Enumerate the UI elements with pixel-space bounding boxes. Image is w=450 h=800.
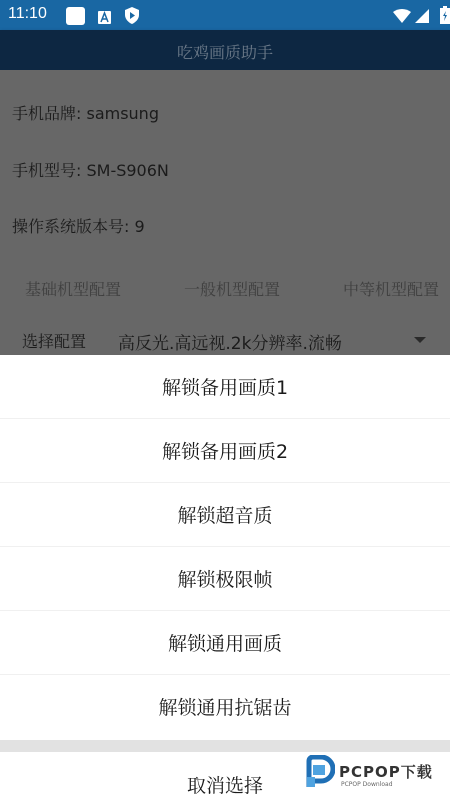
watermark-subtitle: PCPOP Download — [341, 781, 393, 788]
bottom-sheet: 解锁备用画质1 解锁备用画质2 解锁超音质 解锁极限帧 解锁通用画质 解锁通用抗… — [0, 355, 450, 800]
status-bar: 11:10 — [0, 0, 450, 30]
phone-brand-text: 手机品牌: samsung — [12, 101, 159, 124]
cellular-signal-icon — [415, 8, 429, 27]
app-a-icon — [98, 9, 111, 28]
pcpop-logo-icon — [305, 755, 335, 793]
shield-play-icon — [125, 7, 139, 28]
tab-basic-config[interactable]: 基础机型配置 — [25, 277, 121, 300]
sheet-divider — [0, 740, 450, 752]
sheet-item-unlock-backup-quality-2[interactable]: 解锁备用画质2 — [0, 419, 450, 483]
tab-medium-config[interactable]: 中等机型配置 — [343, 277, 439, 300]
sheet-item-unlock-super-audio[interactable]: 解锁超音质 — [0, 483, 450, 547]
config-select-row: 选择配置 高反光.高远视.2k分辨率.流畅 — [0, 327, 450, 355]
config-tabs: 基础机型配置 一般机型配置 中等机型配置 — [0, 277, 450, 307]
app-title: 吃鸡画质助手 — [0, 40, 450, 63]
select-config-label: 选择配置 — [22, 329, 86, 352]
sheet-item-unlock-general-antialiasing[interactable]: 解锁通用抗锯齿 — [0, 675, 450, 738]
sheet-item-unlock-extreme-fps[interactable]: 解锁极限帧 — [0, 547, 450, 611]
watermark-title: PCPOP下载 — [339, 761, 433, 782]
sheet-item-unlock-general-quality[interactable]: 解锁通用画质 — [0, 611, 450, 675]
status-time: 11:10 — [8, 5, 47, 23]
app-bar: 吃鸡画质助手 — [0, 30, 450, 70]
config-dropdown-value[interactable]: 高反光.高远视.2k分辨率.流畅 — [118, 329, 342, 354]
watermark: PCPOP下载 PCPOP Download — [305, 755, 445, 795]
cancel-label: 取消选择 — [187, 771, 263, 798]
wifi-icon — [393, 8, 411, 27]
dropdown-arrow-icon[interactable] — [414, 337, 426, 343]
os-version-text: 操作系统版本号: 9 — [12, 214, 145, 237]
phone-model-text: 手机型号: SM-S906N — [12, 158, 169, 181]
notification-square-icon — [66, 7, 85, 29]
sheet-item-unlock-backup-quality-1[interactable]: 解锁备用画质1 — [0, 355, 450, 419]
battery-charging-icon — [440, 6, 450, 28]
dimmed-content: 手机品牌: samsung 手机型号: SM-S906N 操作系统版本号: 9 — [0, 70, 450, 355]
tab-general-config[interactable]: 一般机型配置 — [184, 277, 280, 300]
